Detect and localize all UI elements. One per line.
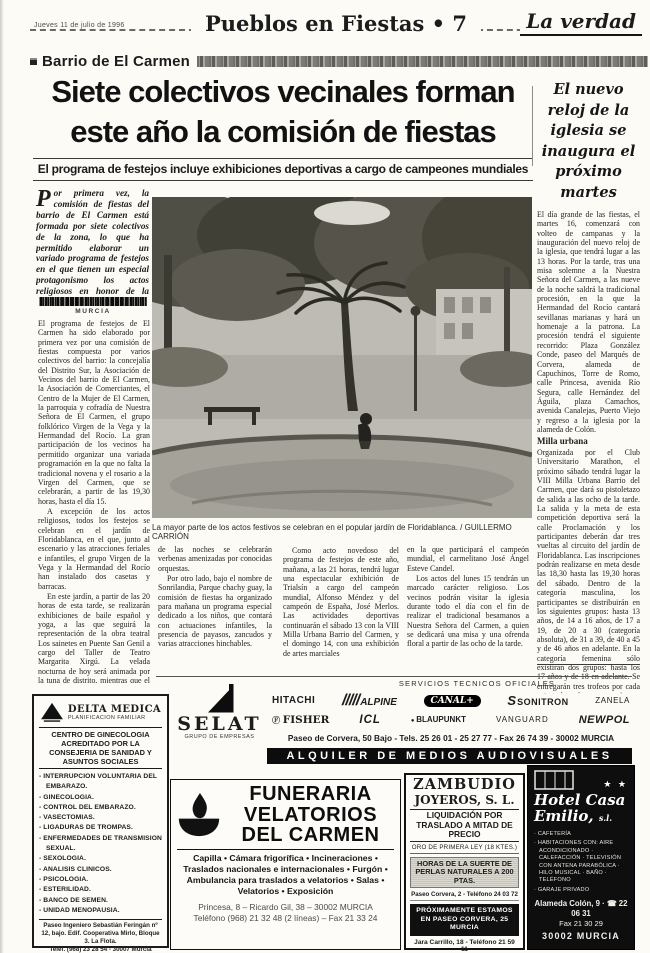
delta-services-list: INTERRUPCION VOLUNTARIA DEL EMBARAZO. GI…: [39, 772, 162, 916]
delta-medica-logo: DELTA MEDICA PLANIFICACION FAMILIAR: [39, 699, 162, 725]
drop-cap: P: [36, 188, 54, 209]
list-item: BANCO DE SEMEN.: [39, 896, 162, 906]
list-item: SEXOLOGIA.: [39, 854, 162, 864]
paragraph: En este jardín, a partir de las 20 horas…: [38, 592, 150, 683]
brand-hitachi: HITACHI: [272, 695, 315, 706]
zambudio-gold-note: ORO DE PRIMERA LEY (18 KTES.): [410, 842, 519, 854]
column-divider: [532, 86, 533, 166]
brand-newpol: NEWPOL: [579, 714, 630, 726]
list-item: INTERRUPCION VOLUNTARIA DEL EMBARAZO.: [39, 772, 162, 793]
hotel-address: Alameda Colón, 9 · ☎ 22 06 31: [534, 899, 628, 919]
brand-canalplus-badge: CANAL+: [424, 695, 481, 707]
list-item: UNIDAD MENOPAUSIA.: [39, 906, 162, 916]
zambudio-pearls-promo: HORAS DE LA SUERTE DE PERLAS NATURALES A…: [410, 857, 519, 889]
star-rating-icon: ★ ★: [603, 779, 628, 790]
paragraph: A excepción de los actos religiosos, tod…: [38, 507, 150, 591]
sonitron-s-icon: S: [507, 693, 516, 708]
article-column-4: en la que participará el campeón mundial…: [407, 545, 529, 688]
page-date: Jueves 11 de julio de 1996: [34, 22, 133, 29]
newspaper-page: Jueves 11 de julio de 1996 Pueblos en Fi…: [0, 0, 650, 953]
phone-line: Teléfono (968) 21 32 48 (2 líneas) – Fax…: [177, 913, 394, 924]
brand-alpine-label: ALPINE: [360, 697, 397, 708]
delta-medica-address: Paseo Ingeniero Sebastián Feringán nº 12…: [39, 919, 162, 953]
delta-medica-header: CENTRO DE GINECOLOGIA ACREDITADO POR LA …: [39, 727, 162, 769]
brand-blaupunkt: BLAUPUNKT: [411, 715, 466, 724]
kicker-row: Barrio de El Carmen: [30, 53, 648, 69]
kicker-texture-bar: [197, 56, 648, 67]
paragraph: Como acto novedoso del programa de feste…: [283, 546, 399, 658]
sidebar-subhead: Milla urbana: [537, 436, 640, 446]
page-number: 7: [452, 11, 467, 36]
list-item: CAFETERÍA: [534, 831, 628, 838]
headline-line-2: este año la comisión de fiestas: [70, 114, 496, 149]
dateline: MURCIA: [39, 308, 147, 315]
list-item: ESTERILIDAD.: [39, 885, 162, 895]
subhead-rule-top: [33, 158, 533, 159]
lead-text: or primera vez, la comisión de fiestas d…: [36, 188, 149, 296]
selat-address: Paseo de Corvera, 50 Bajo - Tels. 25 26 …: [270, 733, 632, 743]
zambudio-promo: LIQUIDACIÓN POR TRASLADO A MITAD DE PREC…: [410, 809, 519, 842]
zambudio-address-2: Jara Carrillo, 18 - Teléfono 21 59 11: [410, 939, 519, 953]
article-column-3: Como acto novedoso del programa de feste…: [283, 545, 399, 688]
subheadline: El programa de festejos incluye exhibici…: [33, 162, 533, 176]
building-icon: [534, 770, 574, 790]
kicker-label: Barrio de El Carmen: [42, 53, 190, 70]
title-line: DEL CARMEN: [227, 825, 394, 846]
brand-zanela: ZANELA: [595, 696, 630, 705]
delta-medica-tagline: PLANIFICACION FAMILIAR: [68, 715, 161, 721]
photo-caption: La mayor parte de los actos festivos se …: [152, 523, 532, 541]
sidebar-headline: El nuevo reloj de la iglesia se inaugura…: [537, 80, 640, 203]
title-line: VELATORIOS: [227, 805, 394, 826]
brand-alpine: ALPINE: [342, 692, 397, 710]
paragraph: de las noches se celebrarán verbenas ame…: [158, 545, 272, 573]
paragraph: El programa de festejos de El Carmen ha …: [38, 319, 150, 506]
paragraph: Por otro lado, bajo el nombre de Sonrila…: [158, 574, 272, 649]
list-item: PSICOLOGIA.: [39, 875, 162, 885]
zambudio-name: ZAMBUDIO: [410, 777, 519, 793]
sidebar-bottom-rule: [537, 664, 640, 665]
article-column-1: El programa de festejos de El Carmen ha …: [38, 319, 150, 683]
zambudio-banner: PRÓXIMAMENTE ESTAMOS EN PASEO CORVERA, 2…: [410, 904, 519, 935]
phone-line: Teléf. (968) 23 28 54 - 30007 Murcia: [39, 946, 162, 953]
selat-wedge-icon: [202, 684, 238, 714]
hotel-name-suffix: s.l.: [599, 813, 612, 823]
list-item: GARAJE PRIVADO: [534, 887, 628, 894]
section-title: Pueblos en Fiestas • 7: [191, 11, 481, 36]
brand-icl: ICL: [359, 714, 381, 726]
selat-sublabel: GRUPO DE EMPRESAS: [172, 734, 267, 740]
paragraph: en la que participará el campeón mundial…: [407, 545, 529, 573]
list-item: LIGADURAS DE TROMPAS.: [39, 823, 162, 833]
ad-selat[interactable]: SERVICIOS TECNICOS OFICIALES SELAT GRUPO…: [172, 676, 632, 772]
ad-funeraria-del-carmen[interactable]: FUNERARIA VELATORIOS DEL CARMEN Capilla …: [170, 779, 401, 950]
list-item: GINECOLOGIA.: [39, 793, 162, 803]
byline-bar: [39, 297, 147, 306]
headline-line-1: Siete colectivos vecinales forman: [51, 74, 514, 109]
ad-zambudio-joyeros[interactable]: ZAMBUDIO JOYEROS, S. L. LIQUIDACIÓN POR …: [404, 773, 525, 950]
kicker-marker-icon: [30, 58, 37, 65]
brand-fisher: FISHER: [272, 714, 329, 726]
hotel-city: 30002 MURCIA: [534, 931, 628, 941]
section-name: Pueblos en Fiestas: [205, 11, 424, 36]
brand-logos: HITACHI ALPINE CANAL+ SSONITRON ZANELA F…: [272, 691, 630, 729]
title-line: FUNERARIA: [227, 784, 394, 805]
address-line: Paseo Ingeniero Sebastián Feringán nº 12…: [39, 922, 162, 946]
funeraria-address: Princesa, 8 – Ricardo Gil, 38 – 30002 MU…: [177, 902, 394, 924]
delta-triangle-icon: [40, 702, 64, 722]
hotel-fax: Fax 21 30 29: [534, 919, 628, 929]
brand-vanguard: VANGUARD: [496, 715, 549, 724]
hotel-header: ★ ★: [534, 770, 628, 790]
selat-banner: ALQUILER DE MEDIOS AUDIOVISUALES: [267, 748, 632, 764]
list-item: ENFERMEDADES DE TRANSMISION SEXUAL.: [39, 834, 162, 855]
ad-delta-medica[interactable]: DELTA MEDICA PLANIFICACION FAMILIAR CENT…: [32, 694, 169, 948]
brand-row-2: FISHER ICL BLAUPUNKT VANGUARD NEWPOL: [272, 710, 630, 729]
flame-bowl-icon: [177, 791, 221, 839]
list-item: CONTROL DEL EMBARAZO.: [39, 803, 162, 813]
sidebar-story: El nuevo reloj de la iglesia se inaugura…: [537, 80, 640, 694]
address-line: Princesa, 8 – Ricardo Gil, 38 – 30002 MU…: [177, 902, 394, 913]
funeraria-services: Capilla • Cámara frigorífica • Incinerac…: [177, 853, 394, 897]
brand-row-1: HITACHI ALPINE CANAL+ SSONITRON ZANELA: [272, 691, 630, 710]
selat-header: SERVICIOS TECNICOS OFICIALES: [357, 679, 597, 688]
sidebar-body-2: Organizada por el Club Universitario Mar…: [537, 448, 640, 694]
selat-wordmark: SELAT: [172, 714, 267, 734]
delta-medica-name: DELTA MEDICA: [68, 704, 161, 715]
funeraria-title: FUNERARIA VELATORIOS DEL CARMEN: [227, 784, 394, 846]
alpine-stripes-icon: [342, 692, 360, 709]
funeraria-header: FUNERARIA VELATORIOS DEL CARMEN: [177, 784, 394, 846]
brand-sonitron: SSONITRON: [507, 692, 568, 710]
list-item: HABITACIONES CON: AIRE ACONDICIONADO · C…: [534, 840, 628, 884]
divider: [177, 849, 394, 850]
hotel-name: Hotel Casa Emilio, s.l.: [534, 792, 628, 826]
newspaper-masthead: La verdad: [520, 9, 642, 36]
subhead-rule-bottom: [33, 180, 533, 181]
selat-logo: SELAT GRUPO DE EMPRESAS: [172, 684, 267, 740]
page-header: Jueves 11 de julio de 1996 Pueblos en Fi…: [30, 14, 642, 40]
hotel-features-list: CAFETERÍA HABITACIONES CON: AIRE ACONDIC…: [534, 831, 628, 894]
zambudio-address-1: Paseo Corvera, 2 - Teléfono 24 03 72: [410, 891, 519, 901]
sidebar-body-1: El día grande de las fiestas, el martes …: [537, 210, 640, 432]
ad-hotel-casa-emilio[interactable]: ★ ★ Hotel Casa Emilio, s.l. CAFETERÍA HA…: [527, 765, 635, 950]
article-column-2: de las noches se celebrarán verbenas ame…: [158, 545, 272, 688]
bullet-separator: •: [432, 11, 445, 36]
lead-paragraph: Por primera vez, la comisión de fiestas …: [36, 188, 149, 296]
list-item: ANALISIS CLINICOS.: [39, 865, 162, 875]
main-headline: Siete colectivos vecinales formaneste añ…: [33, 72, 533, 152]
photo-floridablanca: [152, 197, 532, 518]
photo-image: [152, 197, 532, 518]
zambudio-name2: JOYEROS, S. L.: [410, 793, 519, 807]
list-item: VASECTOMIAS.: [39, 813, 162, 823]
brand-sonitron-label: SONITRON: [517, 697, 569, 707]
paragraph: Los actos del lunes 15 tendrán un marcad…: [407, 574, 529, 649]
